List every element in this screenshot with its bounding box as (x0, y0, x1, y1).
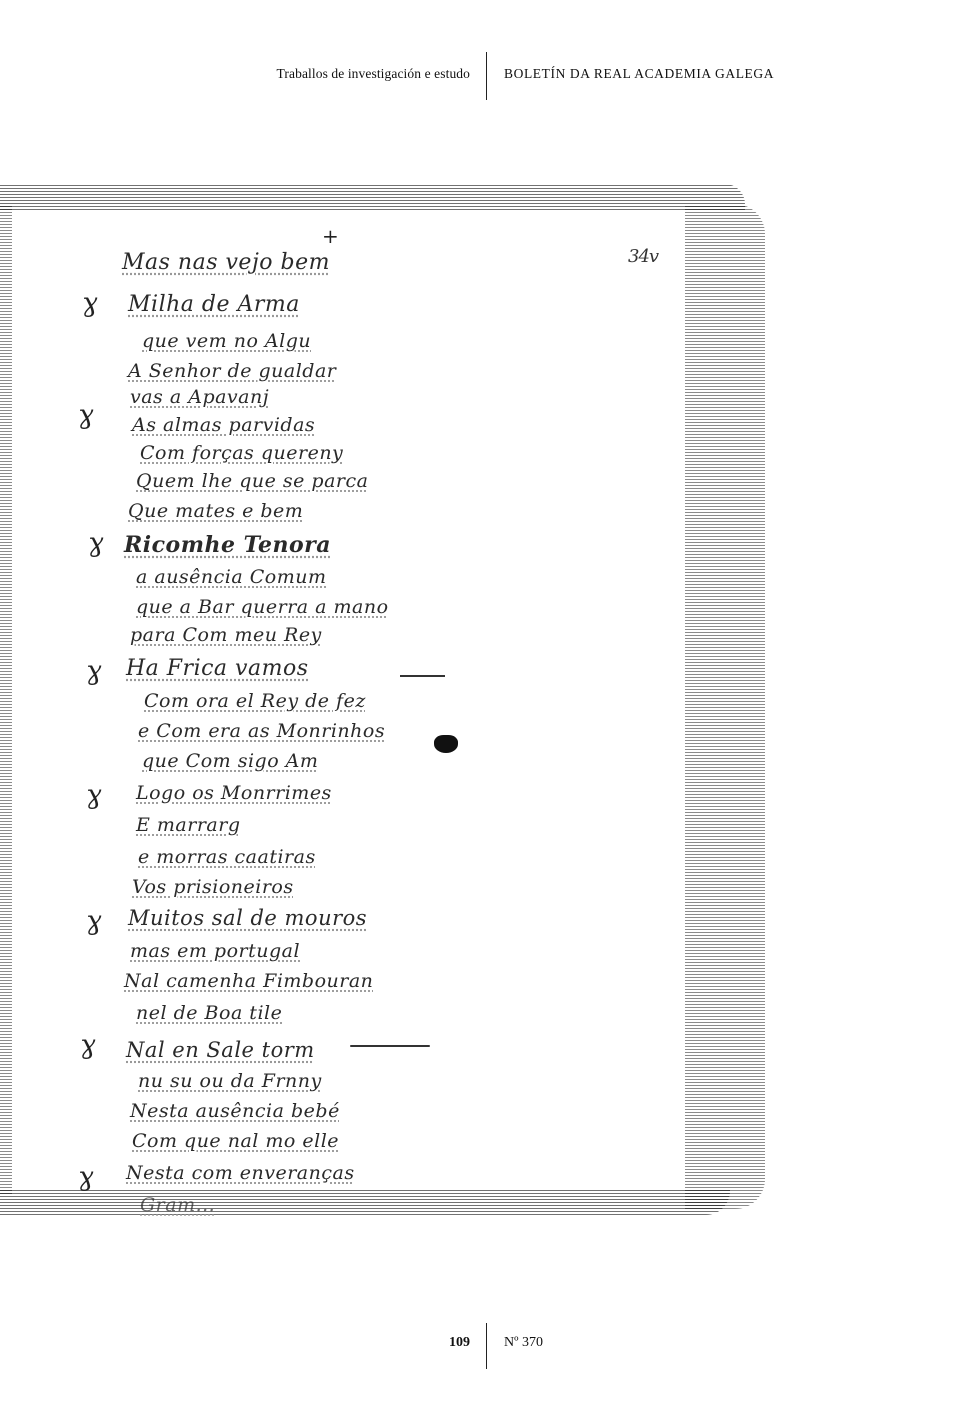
issue-number: Nº 370 (504, 1335, 543, 1351)
stanza-mark-icon: ɣ (78, 1162, 94, 1192)
stanza-mark-icon: ɣ (86, 780, 102, 810)
manuscript-line: vas a Apavanj (130, 386, 269, 408)
manuscript-line: E marrarg (136, 814, 241, 836)
manuscript-line: Milha de Arma (128, 292, 300, 317)
stanza-mark-icon: ɣ (88, 528, 104, 558)
stanza-mark-icon: ɣ (82, 288, 98, 318)
stanza-mark-icon: ɣ (86, 906, 102, 936)
header-divider (486, 52, 487, 100)
facsimile-border-bottom (0, 1189, 730, 1215)
folio-number: 34v (628, 246, 658, 267)
stanza-mark-icon: ɣ (80, 1030, 96, 1060)
manuscript-facsimile (0, 184, 770, 1224)
manuscript-line: a ausência Comum (136, 566, 327, 588)
facsimile-border-right (685, 204, 765, 1209)
page-footer: 109 Nº 370 (0, 1323, 975, 1369)
manuscript-line: Nesta ausência bebé (130, 1100, 340, 1122)
footer-divider (486, 1323, 487, 1369)
manuscript-line: mas em portugal (130, 940, 300, 962)
page-number: 109 (449, 1335, 470, 1351)
stanza-mark-icon: ɣ (78, 400, 94, 430)
manuscript-line: Muitos sal de mouros (128, 906, 367, 930)
manuscript-line: Com ora el Rey de fez (144, 690, 366, 712)
ink-stroke (400, 675, 445, 677)
manuscript-line: Vos prisioneiros (132, 876, 294, 898)
facsimile-border-left (0, 204, 12, 1194)
manuscript-line: Logo os Monrrimes (136, 782, 332, 804)
manuscript-line: que Com sigo Am (142, 750, 318, 772)
section-title: Traballos de investigación e estudo (277, 66, 470, 82)
cross-mark: + (322, 224, 339, 248)
manuscript-line: Mas nas vejo bem (122, 250, 330, 275)
manuscript-line: As almas parvidas (132, 414, 315, 436)
manuscript-line: Gram... (140, 1194, 215, 1216)
manuscript-line: Quem lhe que se parca (136, 470, 368, 492)
manuscript-line: Nal en Sale torm (126, 1038, 315, 1062)
manuscript-line: e Com era as Monrinhos (138, 720, 385, 742)
ink-blot (434, 735, 458, 753)
manuscript-line: Com que nal mo elle (132, 1130, 339, 1152)
manuscript-line: Ha Frica vamos (126, 656, 308, 681)
running-head: Traballos de investigación e estudo BOLE… (0, 52, 975, 100)
journal-title: BOLETÍN DA REAL ACADEMIA GALEGA (504, 66, 774, 82)
manuscript-line: e morras caatiras (138, 846, 316, 868)
ink-stroke (350, 1045, 430, 1047)
manuscript-line: Com forças quereny (140, 442, 343, 464)
manuscript-line: nel de Boa tile (136, 1002, 282, 1024)
manuscript-line: nu su ou da Frnny (138, 1070, 322, 1092)
facsimile-border-top (0, 184, 745, 210)
manuscript-line: Ricomhe Tenora (124, 532, 331, 558)
manuscript-line: que vem no Algu (142, 330, 311, 352)
manuscript-line: A Senhor de gualdar (128, 360, 336, 382)
manuscript-line: Que mates e bem (128, 500, 303, 522)
manuscript-line: para Com meu Rey (130, 624, 322, 646)
manuscript-line: Nesta com enveranças (126, 1162, 355, 1184)
manuscript-line: Nal camenha Fimbouran (124, 970, 373, 992)
manuscript-line: que a Bar querra a mano (136, 596, 389, 618)
stanza-mark-icon: ɣ (86, 656, 102, 686)
